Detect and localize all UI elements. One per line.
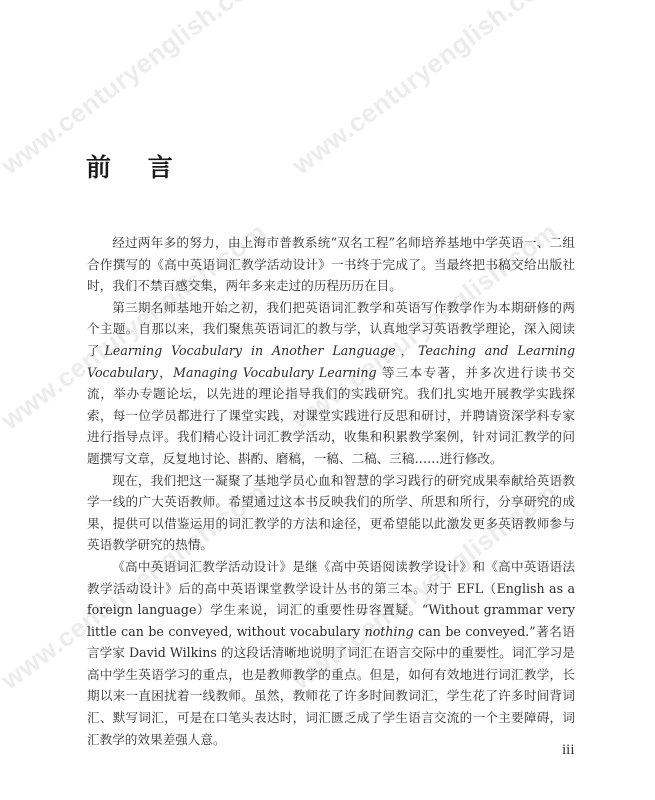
paragraph-2: 第三期名师基地开始之初，我们把英语词汇教学和英语写作教学作为本期研修的两个主题。… <box>87 297 575 470</box>
paragraph-4: 《高中英语词汇教学活动设计》是继《高中英语阅读教学设计》和《高中英语语法教学活动… <box>87 556 575 750</box>
preface-body: 经过两年多的努力，由上海市普教系统“双名工程”名师培养基地中学英语一、二组合作撰… <box>87 232 575 750</box>
book-title-italic: Managing Vocabulary Learning <box>173 365 376 380</box>
watermark: www.centuryenglish.com <box>286 0 563 181</box>
book-title-italic: nothing <box>365 624 414 639</box>
paragraph-3: 现在，我们把这一凝聚了基地学员心血和智慧的学习践行的研究成果奉献给英语教学一线的… <box>87 470 575 556</box>
book-title-italic: Learning Vocabulary in Another Language <box>105 343 396 358</box>
paragraph-1: 经过两年多的努力，由上海市普教系统“双名工程”名师培养基地中学英语一、二组合作撰… <box>87 232 575 297</box>
page-number: iii <box>562 742 575 759</box>
page-title: 前 言 <box>86 148 187 184</box>
